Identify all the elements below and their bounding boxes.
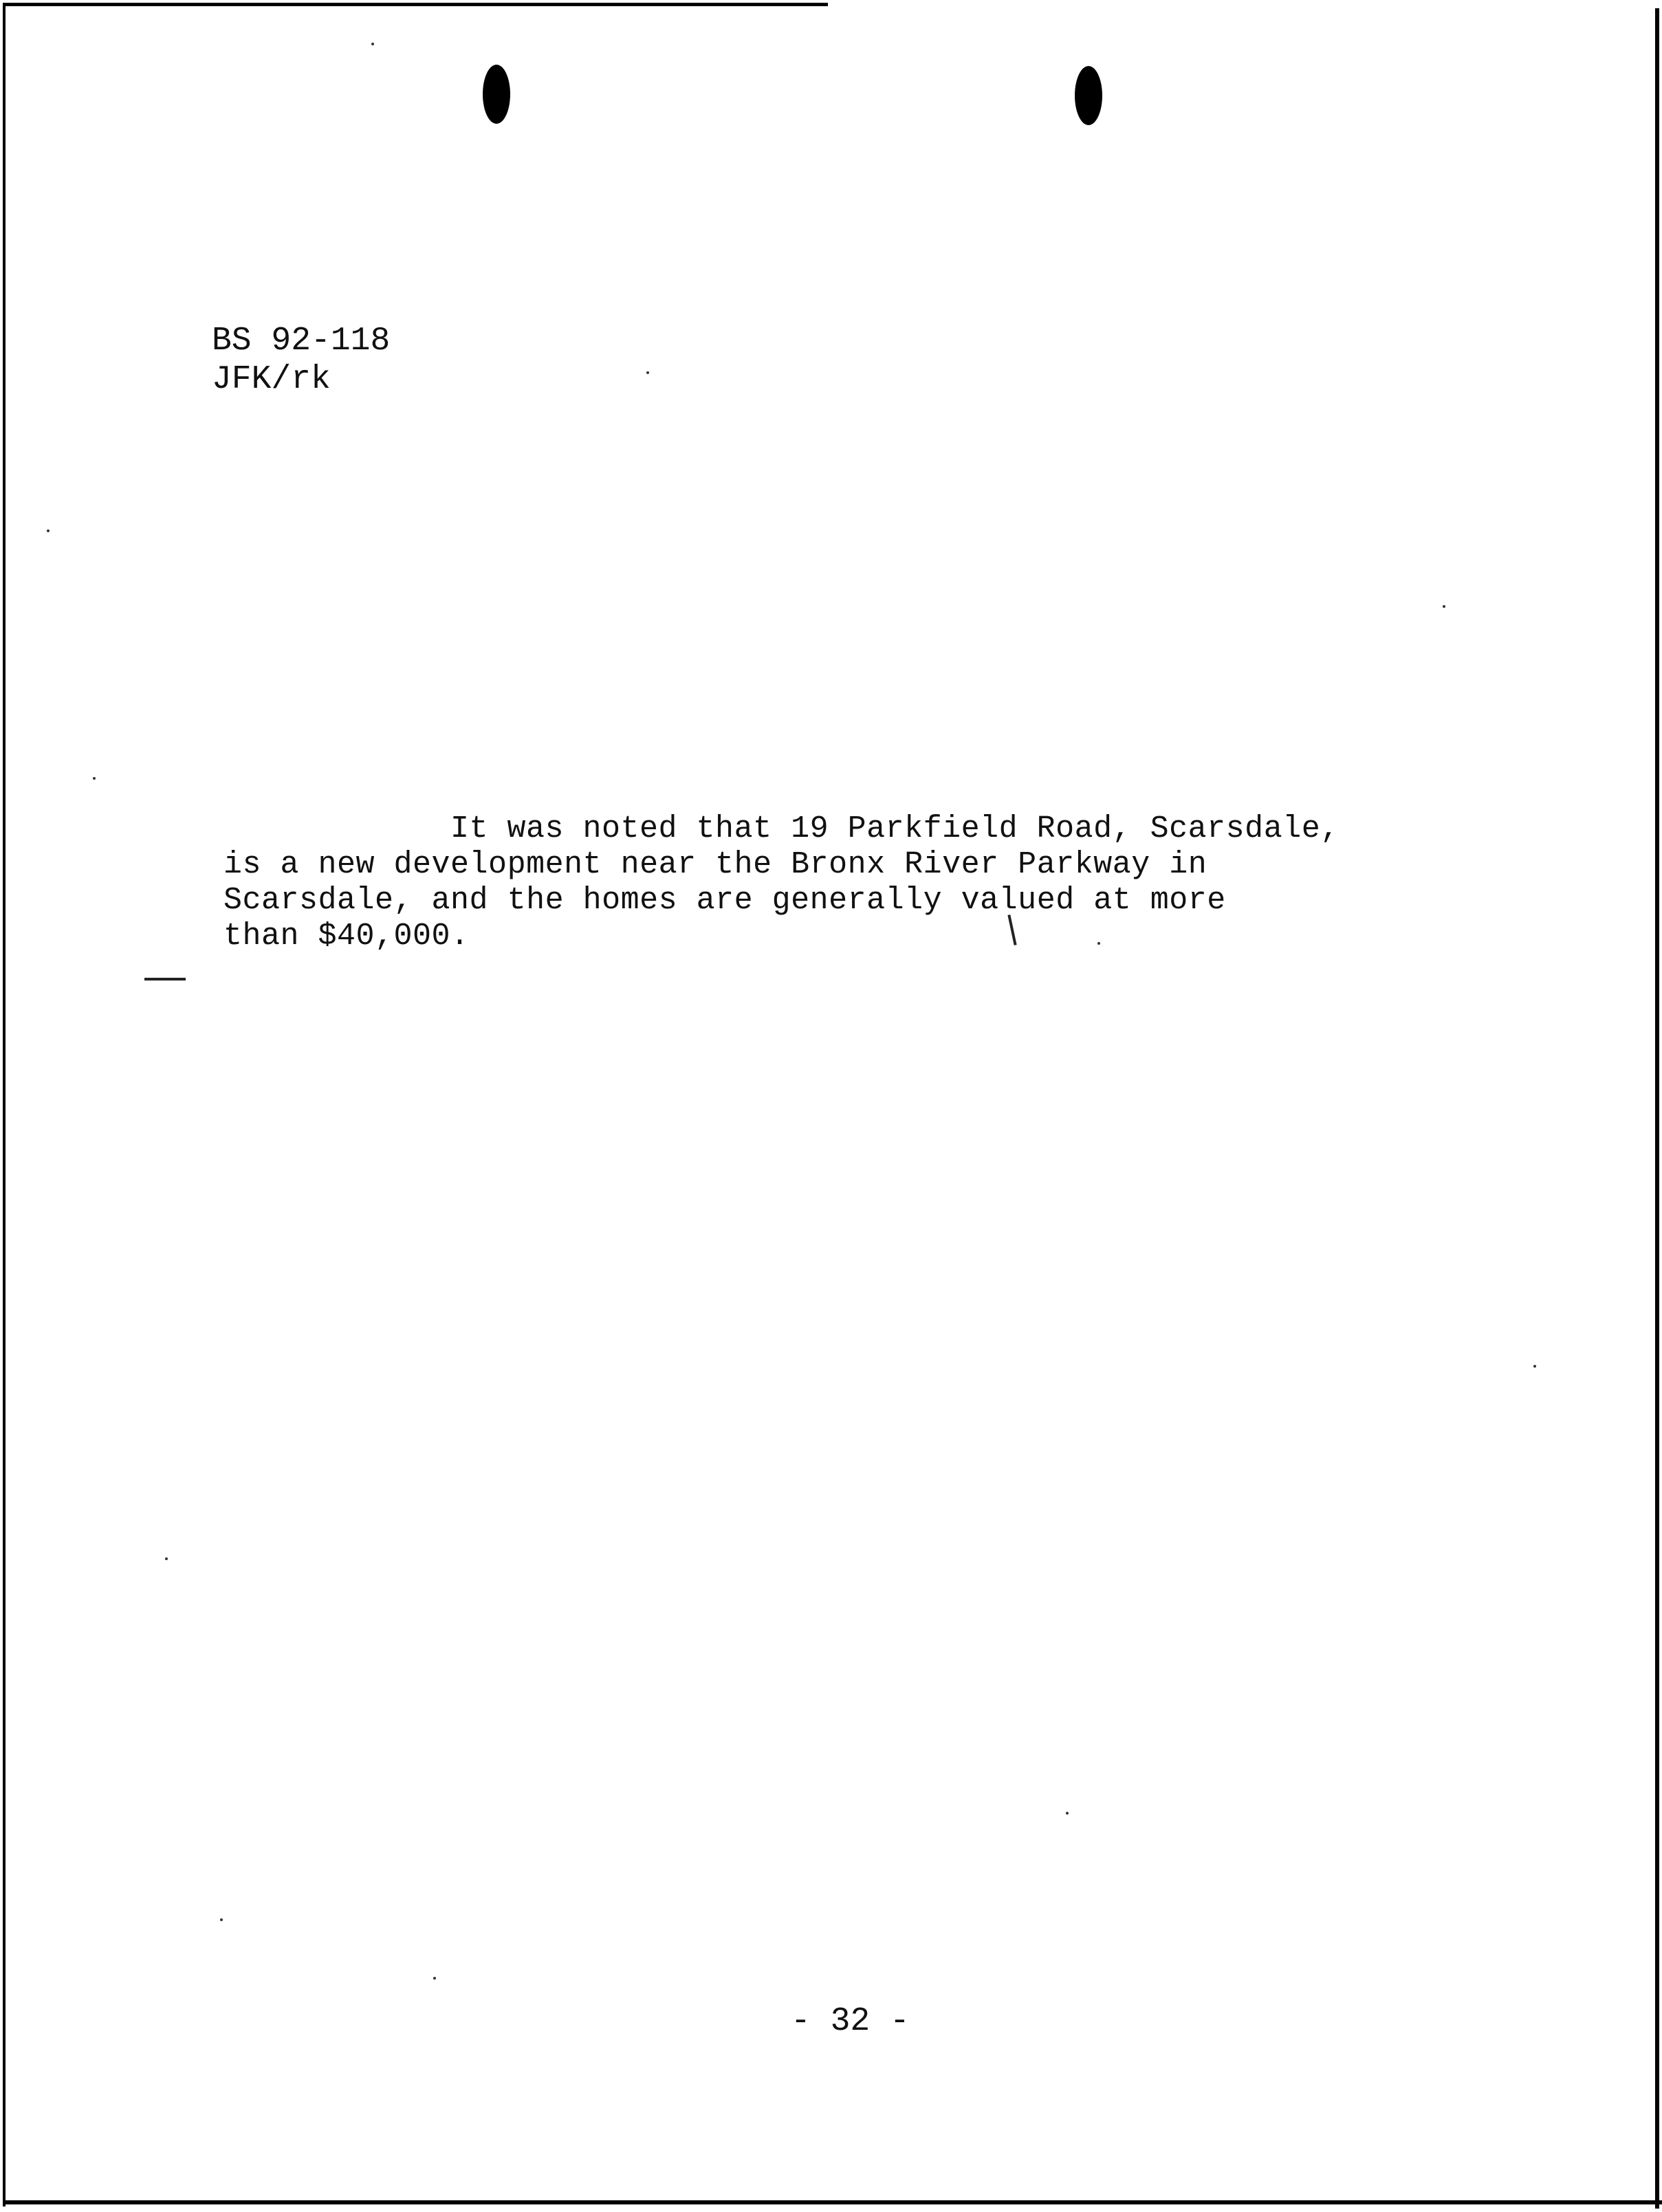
- paragraph-line-2: is a new development near the Bronx Rive…: [223, 847, 1340, 883]
- body-paragraph: It was noted that 19 Parkfield Road, Sca…: [223, 811, 1340, 954]
- scan-speck: [433, 1977, 436, 1980]
- scan-speck: [1443, 605, 1445, 608]
- file-reference: BS 92-118: [212, 322, 390, 360]
- scan-speck: [371, 43, 374, 45]
- document-page: BS 92-118JFK/rk It was noted that 19 Par…: [0, 0, 1662, 2212]
- margin-mark: [144, 978, 186, 981]
- scan-speck: [220, 1918, 223, 1921]
- paragraph-line-3: Scarsdale, and the homes are generally v…: [223, 883, 1340, 919]
- scan-speck: [1097, 942, 1100, 945]
- scan-speck: [165, 1557, 168, 1560]
- scan-border-right: [1655, 8, 1659, 2209]
- scan-speck: [47, 529, 50, 532]
- scan-border-left: [3, 3, 6, 2206]
- file-header: BS 92-118JFK/rk: [212, 322, 390, 399]
- scan-speck: [1066, 1812, 1069, 1815]
- scan-speck: [93, 777, 96, 780]
- scan-speck: [1533, 1365, 1536, 1368]
- paragraph-line-4: than $40,000.: [223, 919, 1340, 954]
- page-number: - 32 -: [791, 2002, 910, 2041]
- typist-initials: JFK/rk: [212, 360, 390, 399]
- paragraph-line-1: It was noted that 19 Parkfield Road, Sca…: [223, 811, 1340, 847]
- scan-border-top: [3, 3, 828, 6]
- scan-border-bottom: [3, 2200, 1662, 2204]
- punch-hole-right: [1075, 66, 1102, 125]
- punch-hole-left: [483, 65, 510, 124]
- scan-speck: [646, 371, 649, 374]
